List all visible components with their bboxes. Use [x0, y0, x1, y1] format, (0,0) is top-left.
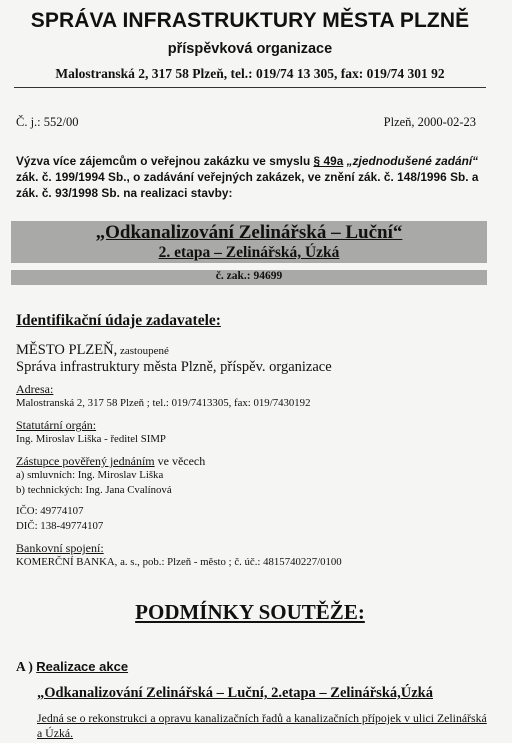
entity-line: MĚSTO PLZEŇ, zastoupené	[16, 341, 169, 359]
technical-representative: b) technických: Ing. Jana Cvalínová	[16, 484, 172, 496]
identification-heading: Identifikační údaje zadavatele:	[16, 312, 221, 329]
statutory-value: Ing. Miroslav Liška - ředitel SIMP	[16, 433, 166, 445]
entity-name: MĚSTO PLZEŇ,	[16, 342, 117, 358]
ico: IČO: 49774107	[16, 505, 83, 517]
representative-suffix: ve věcech	[155, 454, 206, 468]
project-description: Jedná se o rekonstrukci a opravu kanaliz…	[37, 711, 492, 741]
address-value: Malostranská 2, 317 58 Plzeň ; tel.: 019…	[16, 397, 310, 409]
intro-paragraph: Výzva více zájemcům o veřejnou zakázku v…	[16, 153, 486, 201]
representative-line: Zástupce pověřený jednáním ve věcech	[16, 454, 205, 469]
entity-suffix: zastoupené	[117, 345, 169, 357]
representative-label: Zástupce pověřený jednáním	[16, 454, 155, 468]
contract-representative: a) smluvních: Ing. Miroslav Liška	[16, 469, 163, 481]
bank-label: Bankovní spojení:	[16, 541, 104, 556]
order-number: č. zak.: 94699	[11, 270, 487, 282]
statutory-label: Statutární orgán:	[16, 418, 96, 433]
intro-text-1: Výzva více zájemcům o veřejnou zakázku v…	[16, 154, 314, 168]
section-a: A ) Realizace akce	[16, 659, 128, 675]
organization-address: Malostranská 2, 317 58 Plzeň, tel.: 019/…	[0, 66, 500, 82]
intro-italic: „zjednodušené zadání“	[347, 154, 479, 168]
project-full-title: „Odkanalizování Zelinářská – Luční, 2.et…	[37, 685, 433, 701]
entity-org: Správa infrastruktury města Plzně, přísp…	[16, 359, 332, 376]
dic: DIČ: 138-49774107	[16, 520, 103, 532]
intro-text-2: zák. č. 199/1994 Sb., o zadávání veřejný…	[16, 170, 479, 200]
bank-value: KOMERČNÍ BANKA, a. s., pob.: Plzeň - měs…	[16, 556, 342, 568]
organization-subtitle: příspěvková organizace	[0, 41, 500, 57]
section-a-prefix: A )	[16, 659, 36, 674]
address-label: Adresa:	[16, 382, 53, 397]
section-a-label: Realizace akce	[36, 659, 128, 674]
organization-title: SPRÁVA INFRASTRUKTURY MĚSTA PLZNĚ	[0, 9, 500, 33]
place-date: Plzeň, 2000-02-23	[384, 115, 476, 130]
project-stage: 2. etapa – Zelinářská, Úzká	[159, 244, 340, 261]
project-title: „Odkanalizování Zelinářská – Luční“	[96, 222, 403, 243]
conditions-heading: PODMÍNKY SOUTĚŽE:	[135, 600, 365, 624]
reference-number: Č. j.: 552/00	[16, 115, 79, 130]
header-divider	[14, 87, 486, 88]
paragraph-reference: § 49a	[314, 154, 344, 168]
